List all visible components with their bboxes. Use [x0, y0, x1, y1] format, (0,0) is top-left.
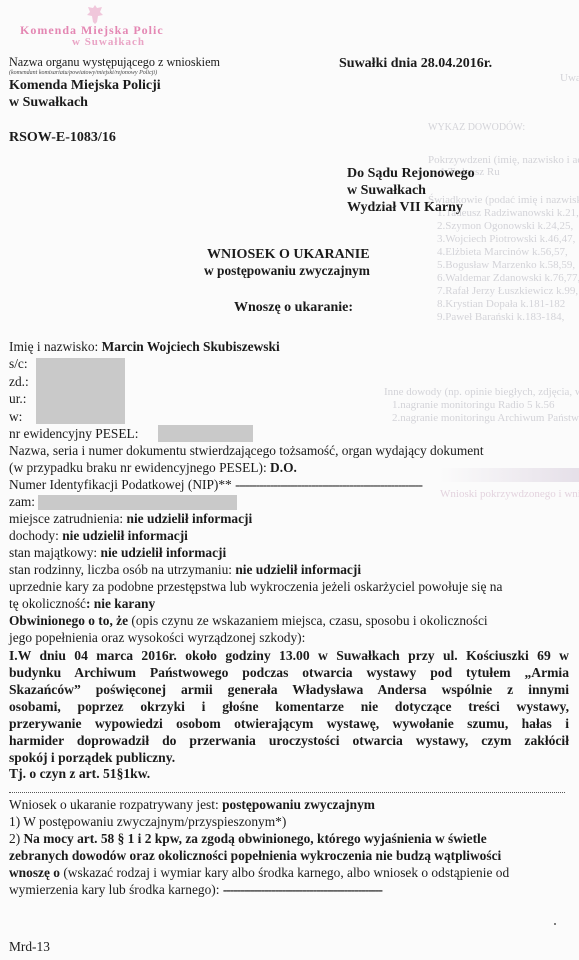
organ-name-2: w Suwałkach: [9, 95, 88, 111]
prior-label: uprzednie kary za podobne przestępstwa l…: [9, 579, 502, 595]
document-title: WNIOSEK O UKARANIE: [207, 247, 370, 263]
case-number: RSOW-E-1083/16: [9, 130, 116, 146]
w-label: w:: [9, 409, 22, 425]
charge-line: osobami, poprzez okrzyki i głośne koment…: [9, 699, 569, 715]
charge-intro-2: jego popełnienia oraz wysokości wyrządzo…: [9, 630, 305, 646]
income-row: dochody: nie udzielił informacji: [9, 528, 188, 544]
charge-article: Tj. o czyn z art. 51§1kw.: [9, 766, 150, 782]
place-date: Suwałki dnia 28.04.2016r.: [339, 56, 492, 72]
addressee-line-2: w Suwałkach: [347, 183, 426, 199]
charge-line: budynku Archiwum Państwowego podczas otw…: [9, 665, 569, 681]
redacted-pesel: [158, 425, 253, 442]
family-row: stan rodzinny, liczba osób na utrzymaniu…: [9, 562, 361, 578]
penalty-blank: ----------------------------------------…: [223, 882, 382, 897]
paper-smudge: [440, 468, 579, 482]
nip-blank: ----------------------------------------…: [235, 477, 422, 492]
procedure-row: Wniosek o ukaranie rozpatrywany jest: po…: [9, 797, 375, 813]
addressee-line-1: Do Sądu Rejonowego: [347, 166, 475, 182]
id-document-row: (w przypadku braku nr ewidencyjnego PESE…: [9, 460, 297, 476]
procedure-option-2: 2) Na mocy art. 58 § 1 i 2 kpw, za zgodą…: [9, 831, 487, 847]
pesel-label: nr ewidencyjny PESEL:: [9, 426, 138, 442]
charge-intro: Obwinionego o to, że (opis czynu ze wska…: [9, 613, 488, 629]
stamp-line-2: w Suwałkach: [72, 36, 145, 48]
nip-row: Numer Identyfikacji Podatkowej (NIP)** -…: [9, 477, 422, 493]
sc-label: s/c:: [9, 356, 28, 372]
addressee-line-3: Wydział VII Karny: [347, 200, 463, 216]
penalty-request: wnoszę o (wskazać rodzaj i wymiar kary a…: [9, 865, 509, 881]
employment-row: miejsce zatrudnienia: nie udzielił infor…: [9, 511, 252, 527]
id-document-value: D.O.: [270, 460, 297, 475]
accused-name: Marcin Wojciech Skubiszewski: [102, 339, 280, 354]
eagle-emblem-icon: [85, 3, 105, 25]
charge-line: harmider doprowadził do przerwania urocz…: [9, 733, 569, 749]
penalty-request-cont: wymierzenia kary lub środka karnego): --…: [9, 882, 382, 898]
charge-line: Skazańców” poświęconej armii generała Wł…: [9, 682, 569, 698]
organ-name-1: Komenda Miejska Policji: [9, 78, 161, 94]
procedure-option-2-cont: zebranych dowodów oraz okoliczności pope…: [9, 848, 501, 864]
organ-label: Nazwa organu występującego z wnioskiem: [9, 55, 220, 70]
prior-row: tę okoliczność: nie karany: [9, 596, 155, 612]
zam-label: zam:: [9, 494, 35, 510]
property-row: stan majątkowy: nie udzielił informacji: [9, 545, 226, 561]
redacted-address: [38, 495, 237, 510]
form-code: Mrd-13: [9, 939, 50, 955]
name-row: Imię i nazwisko: Marcin Wojciech Skubisz…: [9, 339, 280, 355]
zd-label: zd.:: [9, 374, 29, 390]
charge-last-line: spokój i porządek publiczny.: [9, 750, 175, 766]
procedure-option-1: 1) W postępowaniu zwyczajnym/przyspieszo…: [9, 814, 286, 830]
document-subtitle: w postępowaniu zwyczajnym: [204, 263, 370, 279]
redacted-personal-data: [36, 358, 125, 424]
charge-line: przerywanie wypowiedzi osobom otwierając…: [9, 716, 569, 732]
charge-line: I.W dniu 04 marca 2016r. około godziny 1…: [9, 648, 569, 664]
prior-value: : nie karany: [86, 596, 155, 611]
request-heading: Wnoszę o ukaranie:: [234, 300, 353, 316]
organ-hint: (komendant komisariatu/powiatowy/miejski…: [9, 70, 157, 76]
id-document-label: Nazwa, seria i numer dokumentu stwierdza…: [9, 443, 484, 459]
procedure-value: postępowaniu zwyczajnym: [222, 797, 375, 812]
ur-label: ur.:: [9, 391, 26, 407]
speck: [554, 923, 556, 925]
dotted-separator: [9, 792, 565, 793]
